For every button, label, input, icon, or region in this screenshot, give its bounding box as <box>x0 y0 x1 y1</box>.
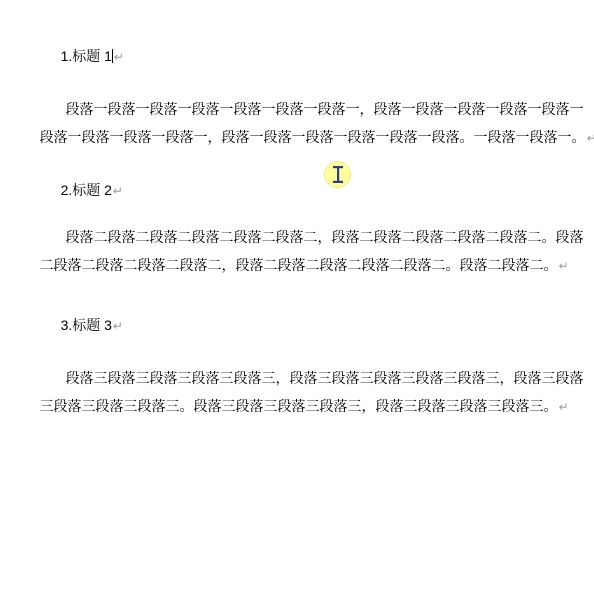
paragraph-1-line-2-text: 段落一段落一段落一段落一，段落一段落一段落一段落一段落一段落。一段落一段落一。 <box>40 129 586 145</box>
paragraph-2-line-2[interactable]: 二段落二段落二段落二段落二，段落二段落二段落二段落二段落二。段落二段落二。↵ <box>24 241 569 290</box>
heading-1[interactable]: 1.标题 1↵ <box>45 32 124 81</box>
ibeam-cursor-icon <box>333 166 343 183</box>
paragraph-mark-icon: ↵ <box>112 319 123 333</box>
paragraph-3-line-2-text: 三段落三段落三段落三。段落三段落三段落三段落三，段落三段落三段落三段落三。 <box>40 398 558 414</box>
paragraph-mark-icon: ↵ <box>558 259 569 273</box>
heading-3[interactable]: 3.标题 3↵ <box>45 301 123 350</box>
heading-2[interactable]: 2.标题 2↵ <box>45 166 123 215</box>
paragraph-2-line-2-text: 二段落二段落二段落二段落二，段落二段落二段落二段落二段落二。段落二段落二。 <box>40 257 558 273</box>
heading-1-text: 1.标题 1 <box>61 48 112 64</box>
paragraph-3-line-2[interactable]: 三段落三段落三段落三。段落三段落三段落三段落三，段落三段落三段落三段落三。↵ <box>24 382 569 431</box>
paragraph-mark-icon: ↵ <box>586 131 594 145</box>
paragraph-mark-icon: ↵ <box>558 400 569 414</box>
document-page[interactable]: 1.标题 1↵ 段落一段落一段落一段落一段落一段落一段落一，段落一段落一段落一段… <box>0 0 594 591</box>
cursor-highlight-circle <box>324 161 351 188</box>
heading-2-text: 2.标题 2 <box>61 182 112 198</box>
heading-3-text: 3.标题 3 <box>61 317 112 333</box>
paragraph-mark-icon: ↵ <box>113 50 124 64</box>
paragraph-mark-icon: ↵ <box>112 184 123 198</box>
paragraph-1-line-2[interactable]: 段落一段落一段落一段落一，段落一段落一段落一段落一段落一段落。一段落一段落一。↵ <box>24 113 594 162</box>
